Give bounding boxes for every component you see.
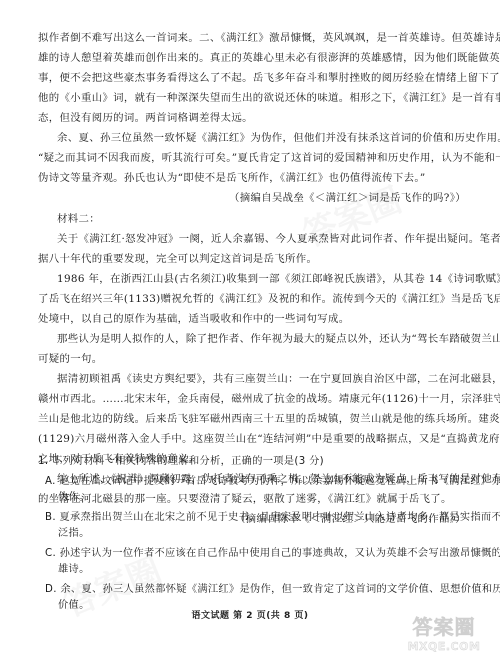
question1-stem: 1. 下列对材料一相关内容的理解和分析，正确的一项是(3 分) [38, 455, 468, 468]
material2-para2-line: 1986 年，在浙西江山县(古名须江)收集到一部《须江郎峰祝氏族谱》，从其卷 1… [57, 273, 468, 286]
material1-para2-line: “疑之而其词不因我而废，听其流行可矣。”夏氏肯定了这首词的爱国精神和历史作用，认… [38, 152, 468, 165]
material1-line: 态，但没有阅历的词。两首词格调差得太远。 [38, 112, 468, 125]
option-b-cont: 泛指。 [58, 527, 488, 540]
material1-line: 他的《小重山》词，就有一种深深失望而生出的欲说还休的味道。相形之下，《满江红》是… [38, 92, 468, 105]
material1-line: 事，便不会把这些豪杰事务看得这么了不起。岳飞多年奋斗和掣肘挫败的阅历经验在情绪上… [38, 72, 468, 85]
material2-para2-line: 了岳飞在绍兴三年(1133)赠祝允哲的《满江红》及祝的和作。流传到今天的《满江红… [38, 293, 468, 306]
option-c-cont: 雄诗。 [58, 563, 488, 576]
option-b: B. 夏承焘指出贺兰山在北宋之前不见于史书，且唐宋及明中叶以贺兰山入诗者均多，都… [45, 511, 475, 524]
material2-para1-line: 关于《满江红·怒发冲冠》一阕，近人余嘉锡、今人夏承焘皆对此词作者、作年提出疑问。… [57, 233, 468, 246]
option-c: C. 孙述宇认为一位作者不应该在自己作品中使用自己的事迹典故，又认为英雄不会写出… [45, 547, 475, 560]
material2-para2-line: 处境中，以自己的原作为基础，适当吸收和作中的一些词句写成。 [38, 313, 468, 326]
material2-para3-line: 可疑的一句。 [38, 353, 468, 366]
watermark-logo: 答案圈 [402, 611, 486, 640]
option-a: A. 赵宽在岳坟碑记中提及的一首岳飞诗被考为伪作，所以余嘉锡怀疑赵宽在碑上所书《… [45, 475, 475, 488]
option-d: D. 余、夏、孙三人虽然都怀疑《满江红》是伪作，但一致肯定了这首词的文学价值、思… [45, 583, 475, 596]
option-a-cont: 伪作。 [58, 491, 488, 504]
material2-para3-line: 那些认为是明人拟作的人，除了把作者、作年视为最大的疑点以外，还认为“驾长车踏破贺… [57, 333, 468, 346]
material2-para4-line: 赣州市西北。……北宋末年，金兵南侵，磁州成了抗金的战场。靖康元年(1126)十一… [38, 393, 468, 406]
material2-para4-line: (1129)六月磁州落入金人手中。这座贺兰山在“连结河朔”中是重要的战略据点，又… [38, 433, 468, 446]
material2-para4-line: 据清初顾祖禹《读史方舆纪要》，共有三座贺兰山：一在宁夏回族自治区中部，二在河北磁… [57, 373, 468, 386]
watermark-site: MXQE.COM [402, 640, 486, 653]
material2-para4-line: 兰山是他北边的防线。后来岳飞驻军磁州西南三十五里的岳城镇，贺兰山就是他的练兵场所… [38, 413, 468, 426]
material1-source: （摘编自吴战垒《＜满江红＞词是岳飞作的吗?》） [229, 192, 466, 205]
site-watermark: 答案圈 MXQE.COM [402, 611, 486, 653]
material1-para2-line: 余、夏、孙三位虽然一致怀疑《满江红》为伪作，但他们并没有抹杀这首词的价值和历史作… [57, 132, 468, 145]
material2-heading: 材料二： [57, 213, 468, 226]
material1-line: 雄的诗人憩望着英雄而创作出来的。真正的英雄心里未必有很澎湃的英雄感情，因为他们既… [38, 52, 468, 65]
material2-para1-line: 据八十年代的重要发现，完全可以判定这首词是岳飞所作。 [38, 253, 468, 266]
material1-para2-line: 伪诗文等量齐观。孙氏也认为“即使不是岳飞所作，《满江红》也仍值得流传下去。” [38, 172, 468, 185]
material1-line: 拟作者倒不难写出这么一首词来。二、《满江红》激昂慷慨，英风飒飒，是一首英雄诗。但… [38, 32, 468, 45]
exam-page: 答案圈 答案圈 拟作者倒不难写出这么一首词来。二、《满江红》激昂慷慨，英风飒飒，… [0, 0, 500, 661]
